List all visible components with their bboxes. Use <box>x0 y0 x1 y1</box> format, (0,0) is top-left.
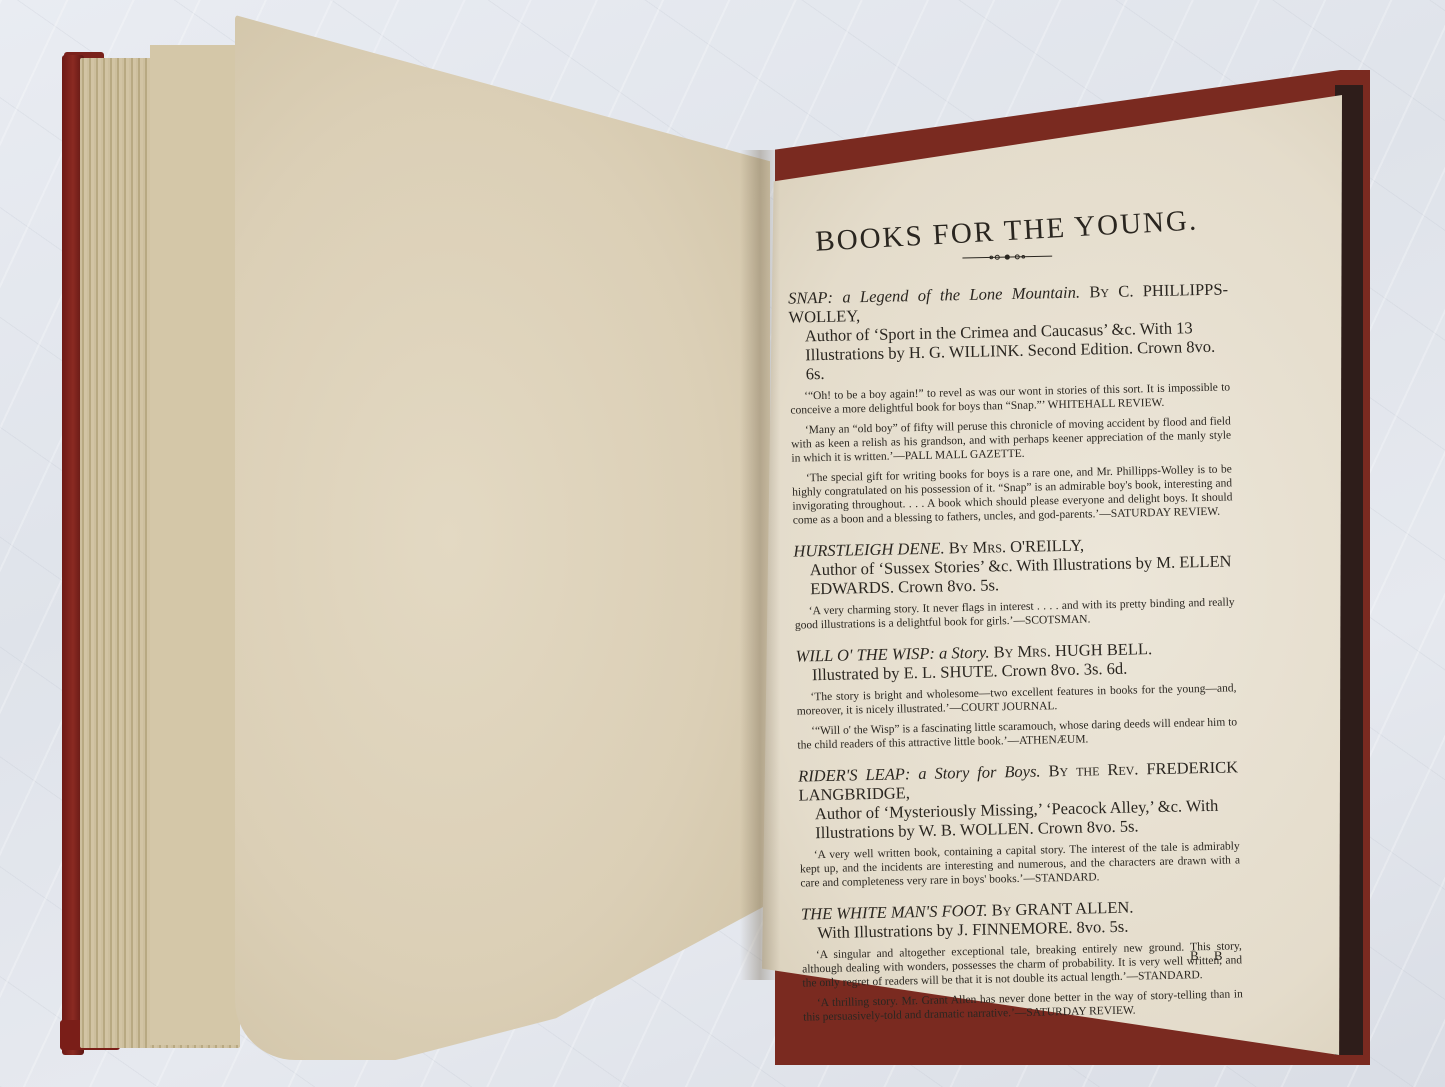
review-source: STANDARD. <box>1035 871 1100 884</box>
book-details: Author of ‘Sport in the Crimea and Cauca… <box>789 317 1230 383</box>
book-details: Author of ‘Mysteriously Missing,’ ‘Peaco… <box>799 795 1240 842</box>
review: ‘A singular and altogether exceptional t… <box>802 939 1243 990</box>
review-source: SATURDAY REVIEW. <box>1026 1005 1135 1019</box>
review: ‘The story is bright and wholesome—two e… <box>796 681 1236 718</box>
ornament-divider-icon <box>962 251 1052 263</box>
review-source: WHITEHALL REVIEW. <box>1047 397 1164 411</box>
review: ‘A very charming story. It never flags i… <box>795 595 1235 632</box>
book-title: RIDER'S LEAP: a Story for Boys. <box>798 761 1041 785</box>
review-source: COURT JOURNAL. <box>961 700 1057 714</box>
review-source: ATHENÆUM. <box>1019 733 1089 746</box>
review: ‘A thrilling story. Mr. Grant Allen has … <box>803 987 1243 1024</box>
left-page-blank <box>235 15 770 1060</box>
review-source: SCOTSMAN. <box>1025 613 1091 626</box>
book-details: Author of ‘Sussex Stories’ &c. With Illu… <box>794 551 1235 598</box>
review: ‘The special gift for writing books for … <box>792 462 1233 527</box>
book-byline: By Mrs. HUGH BELL. <box>993 639 1152 661</box>
book-entry: RIDER'S LEAP: a Story for Boys. By the R… <box>798 757 1241 890</box>
review: ‘“Oh! to be a boy again!” to revel as wa… <box>790 380 1230 417</box>
book-gutter <box>740 150 780 980</box>
review-source: STANDARD. <box>1138 969 1203 982</box>
right-page-content: BOOKS FOR THE YOUNG. SNAP: a Legend of t… <box>786 210 1243 1038</box>
book-entry: WILL O' THE WISP: a Story. By Mrs. HUGH … <box>795 637 1237 752</box>
book-entry: SNAP: a Legend of the Lone Mountain. By … <box>788 279 1233 527</box>
signature-mark: B B <box>1190 948 1229 964</box>
review-source: PALL MALL GAZETTE. <box>905 448 1025 463</box>
book-title: SNAP: a Legend of the Lone Mountain. <box>788 283 1080 308</box>
book-entry: HURSTLEIGH DENE. By Mrs. O'REILLY, Autho… <box>793 532 1235 632</box>
book-entry: THE WHITE MAN'S FOOT. By GRANT ALLEN. Wi… <box>801 895 1243 1024</box>
page-stack <box>150 45 240 1045</box>
review: ‘Many an “old boy” of fifty will peruse … <box>791 414 1232 465</box>
review: ‘A very well written book, containing a … <box>800 839 1241 890</box>
review: ‘“Will o' the Wisp” is a fascinating lit… <box>797 715 1237 752</box>
review-source: SATURDAY REVIEW. <box>1111 506 1220 520</box>
